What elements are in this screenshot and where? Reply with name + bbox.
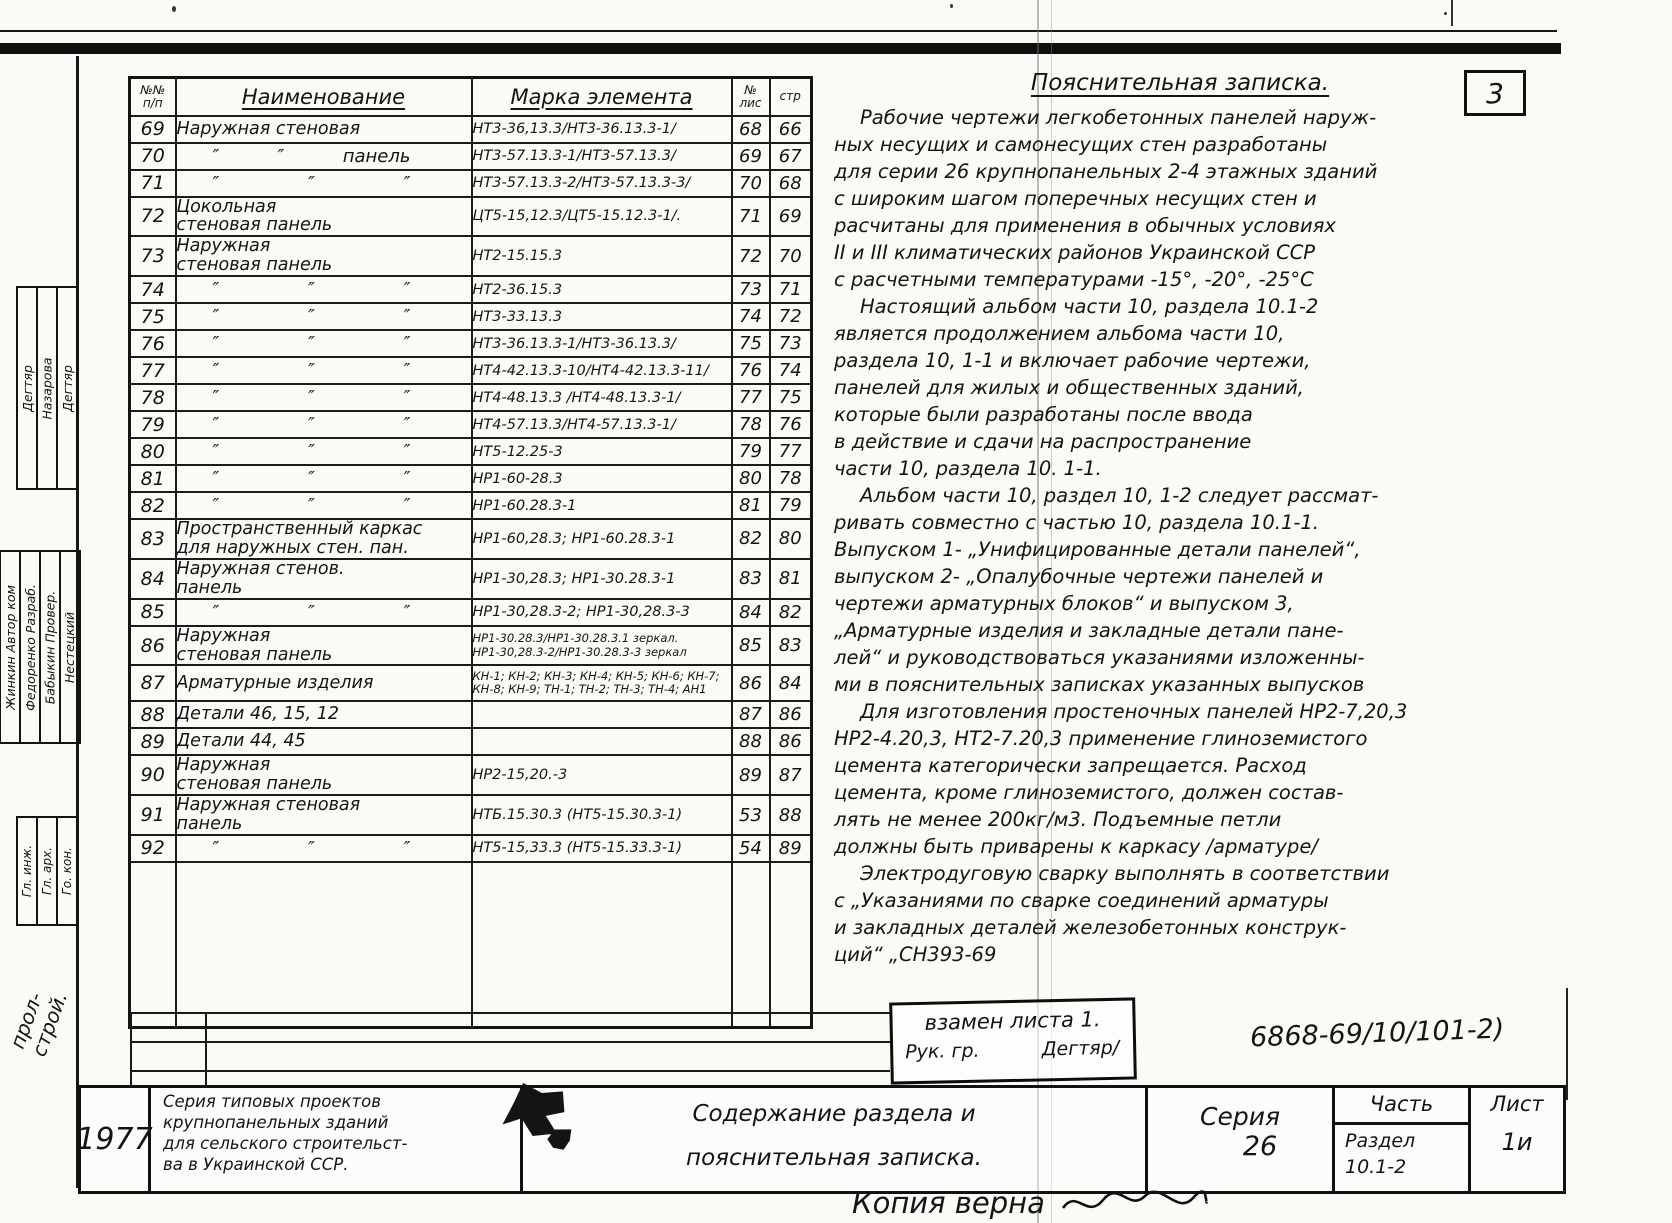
ditto-mark: ″ xyxy=(213,333,220,354)
table-row: 76″″″НТ3-36.13.3-1/НТ3-36.13.3/7573 xyxy=(130,330,812,357)
ditto-mark: ″ xyxy=(308,387,315,408)
mark-line: НТБ.15.30.3 (НТ5-15.30.3-1) xyxy=(473,807,731,823)
ditto-marks: ″″″ xyxy=(177,360,471,381)
row-sheet-number: 75 xyxy=(732,330,770,357)
row-mark: НР1-30,28.3; НР1-30.28.3-1 xyxy=(472,559,732,599)
col-header-num: №№ п/п xyxy=(130,78,176,116)
margin-signature: Федоренко Разраб. xyxy=(23,584,38,711)
row-sheet-number: 87 xyxy=(732,701,770,728)
ditto-mark: ″ xyxy=(404,441,411,462)
ditto-mark: ″ xyxy=(213,279,220,300)
row-number: 83 xyxy=(130,519,176,559)
row-sheet-number: 79 xyxy=(732,438,770,465)
ditto-mark: ″ xyxy=(404,333,411,354)
mark-line: НР1-30,28.3-2; НР1-30,28.3-3 xyxy=(473,604,731,620)
ditto-mark: ″ xyxy=(404,414,411,435)
row-mark: НТ4-48.13.3 /НТ4-48.13.3-1/ xyxy=(472,384,732,411)
row-number: 70 xyxy=(130,143,176,170)
margin-signature-cell: Нестецкий xyxy=(59,550,81,744)
row-number: 80 xyxy=(130,438,176,465)
ditto-mark: ″ xyxy=(213,173,220,194)
row-name: ″″″ xyxy=(176,330,472,357)
row-number: 76 xyxy=(130,330,176,357)
row-mark: КН-1; КН-2; КН-3; КН-4; КН-5; КН-6; КН-7… xyxy=(472,665,732,701)
mark-line: НР1-60-28.3 xyxy=(473,471,731,487)
series-title-line: крупнопанельных зданий xyxy=(163,1112,520,1133)
explanatory-note: Пояснительная записка. Рабочие чертежи л… xyxy=(834,70,1526,968)
ditto-mark: ″ xyxy=(404,838,411,859)
row-name: Цокольнаястеновая панель xyxy=(176,197,472,237)
table-row: 88Детали 46, 15, 128786 xyxy=(130,701,812,728)
row-page-number: 69 xyxy=(770,197,812,237)
ditto-mark: ″ xyxy=(278,146,285,167)
table-row: 71″″″НТ3-57.13.3-2/НТ3-57.13.3-3/7068 xyxy=(130,170,812,197)
row-sheet-number: 83 xyxy=(732,559,770,599)
series-value: 26 xyxy=(1188,1131,1332,1162)
row-page-number: 70 xyxy=(770,236,812,276)
row-name: ″″″ xyxy=(176,411,472,438)
row-number: 90 xyxy=(130,755,176,795)
row-name: Наружнаястеновая панель xyxy=(176,755,472,795)
row-sheet-number: 69 xyxy=(732,143,770,170)
row-sheet-number: 76 xyxy=(732,357,770,384)
margin-diagonal-note: прол-строй. xyxy=(6,981,72,1060)
ditto-mark: ″ xyxy=(213,602,220,623)
title-block-series-title: Серия типовых проектовкрупнопанельных зд… xyxy=(151,1088,523,1191)
name-line: Арматурные изделия xyxy=(177,674,471,693)
row-mark: НТ3-36.13.3-1/НТ3-36.13.3/ xyxy=(472,330,732,357)
note-line: НР2-4.20,3, НТ2-7.20,3 применение глиноз… xyxy=(834,725,1526,752)
row-mark xyxy=(472,728,732,755)
row-number: 82 xyxy=(130,492,176,519)
table-row: 73Наружнаястеновая панельНТ2-15.15.37270 xyxy=(130,236,812,276)
row-sheet-number: 77 xyxy=(732,384,770,411)
row-sheet-number: 78 xyxy=(732,411,770,438)
row-name: ″″″ xyxy=(176,438,472,465)
row-sheet-number: 73 xyxy=(732,276,770,303)
ditto-mark: ″ xyxy=(308,441,315,462)
row-sheet-number: 80 xyxy=(732,465,770,492)
name-line: панель xyxy=(177,815,471,834)
margin-signature-cell: Федоренко Разраб. xyxy=(19,550,41,744)
row-sheet-number: 88 xyxy=(732,728,770,755)
mark-line: НТ4-48.13.3 /НТ4-48.13.3-1/ xyxy=(473,390,731,406)
table-row: 89Детали 44, 458886 xyxy=(130,728,812,755)
row-mark xyxy=(472,701,732,728)
name-line: Пространственный каркас xyxy=(177,520,471,539)
row-name: Детали 46, 15, 12 xyxy=(176,701,472,728)
row-name: Наружная стенов.панель xyxy=(176,559,472,599)
table-row: 77″″″НТ4-42.13.3-10/НТ4-42.13.3-11/7674 xyxy=(130,357,812,384)
row-page-number: 82 xyxy=(770,599,812,626)
mark-line: НТ3-36.13.3-1/НТ3-36.13.3/ xyxy=(473,336,731,352)
row-name: Наружная стеновая xyxy=(176,116,472,143)
margin-signature: Нестецкий xyxy=(63,611,78,682)
row-number: 72 xyxy=(130,197,176,237)
title-block-sheet: Лист 1и xyxy=(1471,1088,1563,1191)
row-page-number: 66 xyxy=(770,116,812,143)
title-block-year: 1977 xyxy=(81,1088,151,1191)
note-line: цемента категорически запрещается. Расхо… xyxy=(834,752,1526,779)
row-name: Пространственный каркасдля наружных стен… xyxy=(176,519,472,559)
frame-right-segment xyxy=(1566,988,1568,1100)
series-title-line: для сельского строительст- xyxy=(163,1133,520,1154)
row-sheet-number: 68 xyxy=(732,116,770,143)
row-name: ″″″ xyxy=(176,303,472,330)
row-page-number: 88 xyxy=(770,795,812,835)
top-frame-bar xyxy=(0,43,1561,54)
ditto-mark: ″ xyxy=(213,441,220,462)
row-name: ″″″ xyxy=(176,384,472,411)
name-line: Наружная xyxy=(177,237,471,256)
note-line: Для изготовления простеночных панелей НР… xyxy=(834,698,1526,725)
copy-note-text: Копия верна xyxy=(852,1186,1045,1220)
margin-signatures-mid: Жинкин Автор комФедоренко Разраб.Бабыкин… xyxy=(1,550,81,744)
note-line: является продолжением альбома части 10, xyxy=(834,320,1526,347)
row-sheet-number: 86 xyxy=(732,665,770,701)
mark-line: КН-1; КН-2; КН-3; КН-4; КН-5; КН-6; КН-7… xyxy=(473,670,731,684)
signoff-line xyxy=(130,1012,890,1014)
ditto-mark: ″ xyxy=(213,468,220,489)
row-mark: НТ2-15.15.3 xyxy=(472,236,732,276)
mark-line: НТ3-57.13.3-2/НТ3-57.13.3-3/ xyxy=(473,175,731,191)
table-row: 86Наружнаястеновая панельНР1-30.28.3/НР1… xyxy=(130,626,812,666)
ditto-mark: ″ xyxy=(213,387,220,408)
ditto-marks: ″″″ xyxy=(177,495,471,516)
ditto-marks: ″″″ xyxy=(177,333,471,354)
note-line: раздела 10, 1-1 и включает рабочие черте… xyxy=(834,347,1526,374)
row-name: ″″″ xyxy=(176,492,472,519)
series-label: Серия xyxy=(1148,1102,1332,1131)
margin-signature: Го. кон. xyxy=(60,847,74,895)
ditto-mark: ″ xyxy=(213,495,220,516)
row-number: 77 xyxy=(130,357,176,384)
note-line: Выпуском 1- „Унифицированные детали пане… xyxy=(834,536,1526,563)
margin-signature-cell: Гл. арх. xyxy=(36,816,58,926)
stamp-role: Рук. гр. xyxy=(905,1040,980,1064)
row-sheet-number: 89 xyxy=(732,755,770,795)
note-line: выпуском 2- „Опалубочные чертежи панелей… xyxy=(834,563,1526,590)
ditto-mark: ″ xyxy=(213,360,220,381)
row-page-number: 71 xyxy=(770,276,812,303)
row-page-number: 72 xyxy=(770,303,812,330)
table-row: 90Наружнаястеновая панельНР2-15,20.-3898… xyxy=(130,755,812,795)
row-page-number: 76 xyxy=(770,411,812,438)
row-name: ″″″ xyxy=(176,276,472,303)
row-number: 69 xyxy=(130,116,176,143)
row-name: Наружнаястеновая панель xyxy=(176,236,472,276)
row-sheet-number: 54 xyxy=(732,835,770,862)
name-line: панель xyxy=(177,579,471,598)
note-line: для серии 26 крупнопанельных 2-4 этажных… xyxy=(834,158,1526,185)
row-name: ″″″ xyxy=(176,599,472,626)
part-label: Часть xyxy=(1335,1088,1468,1125)
row-page-number: 67 xyxy=(770,143,812,170)
margin-signatures-top: ДегтярНазароваДегтяр xyxy=(18,286,78,490)
row-page-number: 68 xyxy=(770,170,812,197)
ditto-marks: ″″″ xyxy=(177,279,471,300)
note-line: „Арматурные изделия и закладные детали п… xyxy=(834,617,1526,644)
scan-speck xyxy=(1444,12,1447,15)
row-name: Арматурные изделия xyxy=(176,665,472,701)
table-row: 74″″″НТ2-36.15.37371 xyxy=(130,276,812,303)
name-line: Наружная стенов. xyxy=(177,560,471,579)
row-number: 79 xyxy=(130,411,176,438)
note-title: Пояснительная записка. xyxy=(834,70,1526,96)
row-page-number: 75 xyxy=(770,384,812,411)
row-page-number: 73 xyxy=(770,330,812,357)
note-line: с широким шагом поперечных несущих стен … xyxy=(834,185,1526,212)
row-name: Детали 44, 45 xyxy=(176,728,472,755)
margin-signature: Дегтяр xyxy=(20,365,35,412)
row-page-number: 78 xyxy=(770,465,812,492)
table-row: 81″″″НР1-60-28.38078 xyxy=(130,465,812,492)
note-line: и закладных деталей железобетонных конст… xyxy=(834,914,1526,941)
ditto-mark: ″ xyxy=(404,602,411,623)
row-mark: НР1-30,28.3-2; НР1-30,28.3-3 xyxy=(472,599,732,626)
name-line: Детали 46, 15, 12 xyxy=(177,705,471,724)
margin-signature: Назарова xyxy=(40,357,55,419)
name-line: Наружная xyxy=(177,627,471,646)
table-row: 80″″″НТ5-12.25-37977 xyxy=(130,438,812,465)
scan-speck xyxy=(950,4,953,8)
ditto-mark: ″ xyxy=(308,838,315,859)
margin-signature: Гл. арх. xyxy=(40,847,54,895)
row-mark: НТ2-36.15.3 xyxy=(472,276,732,303)
row-number: 89 xyxy=(130,728,176,755)
note-line: ций“ „СН393-69 xyxy=(834,941,1526,968)
col-header-name: Наименование xyxy=(176,78,472,116)
note-line: чертежи арматурных блоков“ и выпуском 3, xyxy=(834,590,1526,617)
row-sheet-number: 72 xyxy=(732,236,770,276)
col-header-mark: Марка элемента xyxy=(472,78,732,116)
mark-line: КН-8; КН-9; ТН-1; ТН-2; ТН-3; ТН-4; АН1 xyxy=(473,683,731,697)
note-line: ми в пояснительных записках указанных вы… xyxy=(834,671,1526,698)
name-line: стеновая панель xyxy=(177,775,471,794)
name-line: Наружная стеновая xyxy=(177,120,471,139)
row-name: ″″″ xyxy=(176,170,472,197)
ditto-mark: ″ xyxy=(308,360,315,381)
row-mark: НР1-30.28.3/НР1-30.28.3.1 зеркал.НР1-30,… xyxy=(472,626,732,666)
margin-signature-cell: Жинкин Автор ком xyxy=(0,550,21,744)
note-line: Электродуговую сварку выполнять в соотве… xyxy=(834,860,1526,887)
row-mark: НТ3-36,13.3/НТ3-36.13.3-1/ xyxy=(472,116,732,143)
mark-line: НР1-60.28.3-1 xyxy=(473,498,731,514)
signature-scribble xyxy=(1059,1186,1209,1220)
table-row: 85″″″НР1-30,28.3-2; НР1-30,28.3-38482 xyxy=(130,599,812,626)
scan-mark xyxy=(1451,0,1453,26)
mark-line: НТ2-36.15.3 xyxy=(473,282,731,298)
row-mark: НР1-60-28.3 xyxy=(472,465,732,492)
row-number: 87 xyxy=(130,665,176,701)
row-number: 91 xyxy=(130,795,176,835)
signoff-line xyxy=(205,1012,207,1085)
row-page-number: 80 xyxy=(770,519,812,559)
row-mark: НТ3-57.13.3-1/НТ3-57.13.3/ xyxy=(472,143,732,170)
ditto-mark: ″ xyxy=(308,279,315,300)
row-sheet-number: 81 xyxy=(732,492,770,519)
note-line: ривать совместно с частью 10, раздела 10… xyxy=(834,509,1526,536)
mark-line: НТ3-57.13.3-1/НТ3-57.13.3/ xyxy=(473,148,731,164)
row-page-number: 86 xyxy=(770,728,812,755)
revision-note: взамен листа 1. xyxy=(892,1006,1132,1035)
note-line: с „Указаниями по сварке соединений армат… xyxy=(834,887,1526,914)
row-sheet-number: 71 xyxy=(732,197,770,237)
margin-signature: Гл. инж. xyxy=(20,845,34,897)
table-row: 84Наружная стенов.панельНР1-30,28.3; НР1… xyxy=(130,559,812,599)
contents-table: №№ п/п Наименование Марка элемента № лис… xyxy=(128,76,813,1029)
ditto-marks: ″″″ xyxy=(177,414,471,435)
row-mark: НТ5-12.25-3 xyxy=(472,438,732,465)
copy-note: Копия верна xyxy=(852,1186,1209,1220)
table-row: 91Наружная стеноваяпанельНТБ.15.30.3 (НТ… xyxy=(130,795,812,835)
table-row: 70″″панельНТ3-57.13.3-1/НТ3-57.13.3/6967 xyxy=(130,143,812,170)
row-name: ″″″ xyxy=(176,835,472,862)
row-number: 81 xyxy=(130,465,176,492)
row-sheet-number: 85 xyxy=(732,626,770,666)
title-block-series: Серия 26 xyxy=(1148,1088,1335,1191)
ditto-mark: ″ xyxy=(213,414,220,435)
note-line: лять не менее 200кг/м3. Подъемные петли xyxy=(834,806,1526,833)
scan-speck xyxy=(172,6,176,12)
margin-signature: Бабыкин Провер. xyxy=(43,590,58,704)
mark-line: НТ5-15,33.3 (НТ5-15.33.3-1) xyxy=(473,840,731,856)
mark-line: НР2-15,20.-3 xyxy=(473,767,731,783)
margin-signature-cell: Дегтяр xyxy=(56,286,78,490)
name-line: стеновая панель xyxy=(177,646,471,665)
margin-signature: Жинкин Автор ком xyxy=(3,585,18,710)
row-sheet-number: 82 xyxy=(732,519,770,559)
row-mark: НР1-60.28.3-1 xyxy=(472,492,732,519)
col-header-sheet: № лис xyxy=(732,78,770,116)
row-number: 75 xyxy=(130,303,176,330)
title-block-content-title: Содержание раздела ипояснительная записк… xyxy=(523,1088,1148,1191)
mark-line: НР1-30.28.3/НР1-30.28.3.1 зеркал. xyxy=(473,632,731,646)
name-line: стеновая панель xyxy=(177,256,471,275)
ditto-mark: ″ xyxy=(404,173,411,194)
table-row: 75″″″НТ3-33.13.37472 xyxy=(130,303,812,330)
ditto-mark: ″ xyxy=(404,468,411,489)
ditto-mark: ″ xyxy=(404,279,411,300)
col-header-page: стр xyxy=(770,78,812,116)
note-line: Альбом части 10, раздел 10, 1-2 следует … xyxy=(834,482,1526,509)
table-row: 69Наружная стеноваяНТ3-36,13.3/НТ3-36.13… xyxy=(130,116,812,143)
ditto-mark: ″ xyxy=(213,838,220,859)
row-sheet-number: 84 xyxy=(732,599,770,626)
margin-signature-cell: Бабыкин Провер. xyxy=(39,550,61,744)
ditto-mark: ″ xyxy=(213,146,220,167)
note-line: цемента, кроме глиноземистого, должен со… xyxy=(834,779,1526,806)
row-page-number: 83 xyxy=(770,626,812,666)
name-line: Цокольная xyxy=(177,198,471,217)
series-title-line: ва в Украинской ССР. xyxy=(163,1154,520,1175)
note-line: лей“ и руководствоваться указаниями изло… xyxy=(834,644,1526,671)
name-line: Наружная стеновая xyxy=(177,796,471,815)
row-number: 71 xyxy=(130,170,176,197)
note-body: Рабочие чертежи легкобетонных панелей на… xyxy=(834,104,1526,968)
note-line: Рабочие чертежи легкобетонных панелей на… xyxy=(834,104,1526,131)
document-number: 6868-69/10/101-2) xyxy=(1250,1014,1505,1054)
row-mark: НТ4-42.13.3-10/НТ4-42.13.3-11/ xyxy=(472,357,732,384)
note-line: панелей для жилых и общественных зданий, xyxy=(834,374,1526,401)
ditto-mark: ″ xyxy=(308,173,315,194)
ditto-mark: ″ xyxy=(404,387,411,408)
row-page-number: 77 xyxy=(770,438,812,465)
row-number: 86 xyxy=(130,626,176,666)
row-page-number: 79 xyxy=(770,492,812,519)
mark-line: НР1-30,28.3-2/НР1-30.28.3-3 зеркал xyxy=(473,646,731,660)
contents-table-body: 69Наружная стеноваяНТ3-36,13.3/НТ3-36.13… xyxy=(130,116,812,1028)
row-sheet-number: 74 xyxy=(732,303,770,330)
top-frame-line xyxy=(0,30,1557,32)
ditto-mark: ″ xyxy=(308,333,315,354)
ditto-marks: ″″″ xyxy=(177,306,471,327)
row-mark: НТБ.15.30.3 (НТ5-15.30.3-1) xyxy=(472,795,732,835)
note-line: в действие и сдачи на распространение xyxy=(834,428,1526,455)
table-row: 83Пространственный каркасдля наружных ст… xyxy=(130,519,812,559)
ditto-mark: ″ xyxy=(404,360,411,381)
row-mark: НТ3-57.13.3-2/НТ3-57.13.3-3/ xyxy=(472,170,732,197)
row-name: ″″″ xyxy=(176,357,472,384)
table-row: 92″″″НТ5-15,33.3 (НТ5-15.33.3-1)5489 xyxy=(130,835,812,862)
ditto-mark: ″ xyxy=(404,495,411,516)
row-number: 85 xyxy=(130,599,176,626)
ditto-mark: ″ xyxy=(308,495,315,516)
row-page-number: 87 xyxy=(770,755,812,795)
signoff-line xyxy=(130,1070,890,1072)
row-number: 92 xyxy=(130,835,176,862)
series-title-line: Серия типовых проектов xyxy=(163,1091,520,1112)
ditto-mark: ″ xyxy=(308,602,315,623)
row-number: 88 xyxy=(130,701,176,728)
row-number: 74 xyxy=(130,276,176,303)
ditto-mark: ″ xyxy=(308,468,315,489)
ditto-mark: ″ xyxy=(308,414,315,435)
margin-signature-cell: Назарова xyxy=(36,286,58,490)
ditto-mark: ″ xyxy=(308,306,315,327)
row-page-number: 84 xyxy=(770,665,812,701)
ditto-mark: ″ xyxy=(404,306,411,327)
margin-signature-cell: Го. кон. xyxy=(56,816,78,926)
note-line: части 10, раздела 10. 1-1. xyxy=(834,455,1526,482)
row-page-number: 81 xyxy=(770,559,812,599)
note-line: Настоящий альбом части 10, раздела 10.1-… xyxy=(834,293,1526,320)
row-page-number: 86 xyxy=(770,701,812,728)
mark-line: НТ4-42.13.3-10/НТ4-42.13.3-11/ xyxy=(473,363,731,379)
mark-line: НТ4-57.13.3/НТ4-57.13.3-1/ xyxy=(473,417,731,433)
row-number: 78 xyxy=(130,384,176,411)
mark-line: НТ3-36,13.3/НТ3-36.13.3-1/ xyxy=(473,121,731,137)
ditto-marks: ″″″ xyxy=(177,387,471,408)
ditto-mark: панель xyxy=(343,146,411,167)
mark-line: НТ5-12.25-3 xyxy=(473,444,731,460)
table-row: 82″″″НР1-60.28.3-18179 xyxy=(130,492,812,519)
table-empty-row xyxy=(130,862,812,1028)
mark-line: НР1-60,28.3; НР1-60.28.3-1 xyxy=(473,531,731,547)
ditto-marks: ″″панель xyxy=(177,146,471,167)
margin-signature-cell: Гл. инж. xyxy=(16,816,38,926)
row-name: Наружнаястеновая панель xyxy=(176,626,472,666)
name-line: Детали 44, 45 xyxy=(177,732,471,751)
table-row: 78″″″НТ4-48.13.3 /НТ4-48.13.3-1/7775 xyxy=(130,384,812,411)
row-mark: НТ4-57.13.3/НТ4-57.13.3-1/ xyxy=(472,411,732,438)
row-mark: ЦТ5-15,12.3/ЦТ5-15.12.3-1/. xyxy=(472,197,732,237)
signoff-line xyxy=(130,1041,890,1043)
mark-line: НТ2-15.15.3 xyxy=(473,248,731,264)
note-line: которые были разработаны после ввода xyxy=(834,401,1526,428)
ditto-marks: ″″″ xyxy=(177,468,471,489)
row-mark: НР2-15,20.-3 xyxy=(472,755,732,795)
